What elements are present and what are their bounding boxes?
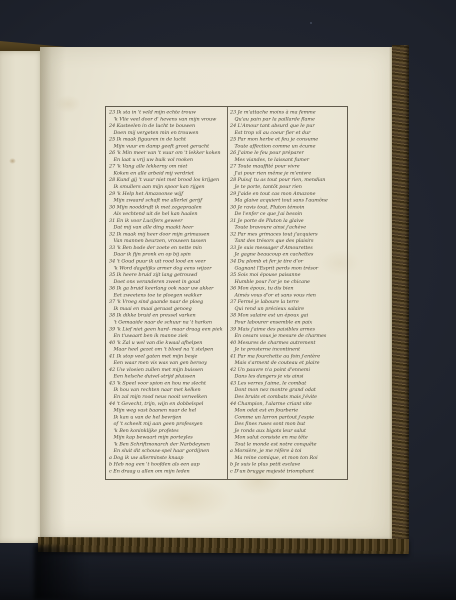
legend-line: Mijn zwaard schaft me allerlei gerijf: [109, 197, 226, 204]
legend-line: 23 Ik sta in 't veld mijn echte trouw: [109, 109, 226, 116]
legend-line: b Je suis le plus petit esclave: [230, 461, 347, 468]
legend-line: Ik hou van rechten naar met kelken: [109, 387, 226, 394]
legend-line: Mijn kap bewaart mijn porteyles: [109, 434, 226, 441]
legend-line: Daar ik fijn pronk en op bij spin: [109, 251, 226, 258]
legend-line: Toute affection comme un écume: [230, 143, 347, 150]
legend-column-left-text: 23 Ik sta in 't veld mijn echte trouw'k …: [109, 109, 226, 475]
legend-line: 36 Mon époux, tu dis bien: [230, 285, 347, 292]
legend-line: Gagnant l'Esprit perds mon trésor: [230, 265, 347, 272]
legend-line: Pour labourer ensemble en paix: [230, 319, 347, 326]
photo: 23 Ik sta in 't veld mijn echte trouw'k …: [0, 0, 456, 600]
legend-line: 'k Word dagelijks armer dog eens wijzer: [109, 265, 226, 272]
legend-line: Tant des trésors que des plaisirs: [230, 238, 347, 245]
legend-line: Ma reine comique, et mon ton Roi: [230, 454, 347, 461]
legend-line: Mon salut consiste en ma tête: [230, 434, 347, 441]
legend-line: Mijn weg vast baanen naar de hel: [109, 407, 226, 414]
legend-line: Je te prosterne incontinent: [230, 346, 347, 353]
legend-line: Maar heel gezet om 't bloed na 't stelpe…: [109, 346, 226, 353]
legend-plate: 23 Ik sta in 't veld mijn echte trouw'k …: [105, 106, 348, 480]
legend-line: a Morsière, je me réfère à toi: [230, 448, 347, 455]
legend-line: Ik maai en maai geraast genoeg: [109, 305, 226, 312]
legend-line: 39 'k Lief niet geen hard- maar draag ee…: [109, 326, 226, 333]
legend-line: Een waar men vis was van gen berooy: [109, 360, 226, 367]
legend-line: 33 'k Ben bode der zoete en nette min: [109, 244, 226, 251]
legend-line: 24 Kasteelen in de lucht te bouwen: [109, 123, 226, 130]
legend-line: 37 'k Vroeg sind gaande naar de ploeg: [109, 299, 226, 306]
legend-line: En t'uwaart ben ik manne ziek: [109, 333, 226, 340]
book-left-page-stack: [0, 51, 44, 543]
legend-line: Mon odat est en fourberie: [230, 407, 347, 414]
legend-line: 34 Du plomb et fer je tire d'or: [230, 258, 347, 265]
legend-line: 26 J'aime le feu pour préparer: [230, 150, 347, 157]
legend-line: 42 Un pauvre n'a point d'ennemi: [230, 366, 347, 373]
legend-line: Als vechtend uit de hel kan haalen: [109, 211, 226, 218]
legend-line: En sluit dit schouw-spel haar gordijnen: [109, 448, 226, 455]
legend-line: 43 Les verres j'aime, le combat: [230, 380, 347, 387]
column-divider: [227, 107, 228, 479]
cloth-fold-shade: [0, 548, 456, 600]
legend-line: 40 Mesures de charmes autrement: [230, 339, 347, 346]
legend-line: c En draag u allen om mijn leden: [109, 468, 226, 475]
legend-line: Eet zweetens toe te ploegen wakker: [109, 292, 226, 299]
legend-line: Des fines ruses sont mon but: [230, 421, 347, 428]
legend-line: 31 Je porte de Pluton la glaive: [230, 217, 347, 224]
legend-line: De l'enfer ce que j'ai besoin: [230, 211, 347, 218]
legend-line: En cesars vous je mesure de charmes: [230, 333, 347, 340]
legend-line: Ik kan u van de hel bevrijen: [109, 414, 226, 421]
legend-line: Je ronds aux bigots leur salut: [230, 427, 347, 434]
legend-line: 24 L'Amour tant absurd que le pur: [230, 123, 347, 130]
legend-line: 30 Je ravis tout, Pluton témoin: [230, 204, 347, 211]
legend-line: 'k Vlie veel door d' hevens van mijn vro…: [109, 116, 226, 123]
legend-line: 33 Je suis messager d'Amourettes: [230, 244, 347, 251]
legend-line: Comme un larron partout j'espie: [230, 414, 347, 421]
legend-line: 34 't Goud puur ik uit rood lood en veer: [109, 258, 226, 265]
legend-column-right-text: 23 Je m'attache moins à ma femmeQu'au pa…: [230, 109, 347, 475]
legend-line: Ma glaive acquiert tout sans l'aumône: [230, 197, 347, 204]
legend-line: Doet ons veranderen zweet in goud: [109, 278, 226, 285]
legend-line: 43 'k Speel voor spion en hou me slecht: [109, 380, 226, 387]
legend-line: Doen mij vergeten min en trouwen: [109, 129, 226, 136]
legend-line: Aimés vous d'or et sans vous rien: [230, 292, 347, 299]
legend-line: Est trop vil au coeur fier et dur: [230, 129, 347, 136]
legend-line: 29 J'aide en tout cas mon Amazone: [230, 190, 347, 197]
legend-line: b Heb nog een 't hoofden als een aap: [109, 461, 226, 468]
gutter-shadow: [40, 47, 66, 541]
legend-line: 26 'k Min meer van 't vuur om 't lekker …: [109, 150, 226, 157]
legend-line: 28 Kund gij 't vuur niet met brood los k…: [109, 177, 226, 184]
legend-line: Toute bravoure ainsi j'achève: [230, 224, 347, 231]
legend-line: c D'un brugge majesté triomphant: [230, 468, 347, 475]
legend-line: 31 En ik voor Lucifers geweer: [109, 217, 226, 224]
legend-line: En laat u vrij uw buik vol rooken: [109, 156, 226, 163]
legend-line: Je gagne beaucoup en cachettes: [230, 251, 347, 258]
legend-line: a Dog ik uw allerminste knaap: [109, 454, 226, 461]
legend-line: 25 Ik maak figuuren in de lucht: [109, 136, 226, 143]
legend-line: 41 Par ma fourchette au foin j'entère: [230, 353, 347, 360]
legend-line: Je te porte, tantôt pour rien: [230, 184, 347, 191]
legend-line: of 't scheelt mij aan geen professyen: [109, 421, 226, 428]
legend-line: 35 Sois moi épouse paisanne: [230, 272, 347, 279]
legend-line: 44 Champion, l'alarme criant vite: [230, 400, 347, 407]
legend-line: 27 Toute mauffité pour vivre: [230, 163, 347, 170]
legend-line: 25 Par mon herbe et feu je consume: [230, 136, 347, 143]
legend-line: 27 'k Vang alle lekkerny om niet: [109, 163, 226, 170]
legend-line: Koken en alle arbeid mij verdriet: [109, 170, 226, 177]
legend-line: 23 Je m'attache moins à ma femme: [230, 109, 347, 116]
legend-line: 35 Ik heere bruid zijt lang getrouwd: [109, 272, 226, 279]
legend-line: 41 Ik stop veel gaten met mijn besje: [109, 353, 226, 360]
legend-line: Van mannen beurzen, vrouwen tassen: [109, 238, 226, 245]
legend-line: Dans les dangers je vis ainsi: [230, 373, 347, 380]
legend-line: 29 'k Help het Amazoonse wijf: [109, 190, 226, 197]
legend-line: 'k Ben koninklijke profetes: [109, 427, 226, 434]
legend-line: 37 Fermé je laboure la terre: [230, 299, 347, 306]
legend-line: 30 Mijn nooddruft ik met zegepraalen: [109, 204, 226, 211]
legend-line: 38 Ik dikke bruid en pressel varken: [109, 312, 226, 319]
legend-line: 32 Par mes grimaces tout j'acquiers: [230, 231, 347, 238]
legend-line: Een helsche duivel-strijd pluissen: [109, 373, 226, 380]
legend-column-right: 23 Je m'attache moins à ma femmeQu'au pa…: [230, 109, 347, 477]
legend-line: 32 Ik maak mij heer door mijn grimassen: [109, 231, 226, 238]
legend-line: 40 'k Zal u wel van die kwaal afhelpen: [109, 339, 226, 346]
legend-line: 't Gemaaide naar de schuur na 't harken: [109, 319, 226, 326]
legend-line: Mais s'arment de couteau et plaire: [230, 360, 347, 367]
legend-line: 39 Mais j'aime des paisibles armes: [230, 326, 347, 333]
legend-line: Dont mon nez montre grand odat: [230, 387, 347, 394]
legend-line: Qui rend un précieux salaire: [230, 305, 347, 312]
legend-line: Humble pour l'or je ne chicane: [230, 278, 347, 285]
legend-line: 28 Puisq' tu as tout pour rien, mendian: [230, 177, 347, 184]
legend-line: 38 Mon salaire est un époux gai: [230, 312, 347, 319]
legend-line: Des bruits et combats mais j'évite: [230, 393, 347, 400]
legend-line: Tout le monde est notre conquête: [230, 441, 347, 448]
legend-line: En zal mijn rood neus nooit verwelken: [109, 393, 226, 400]
legend-line: 44 't Gevecht, trijn, wijn en dobbelspel: [109, 400, 226, 407]
legend-line: 36 Ik ga bruid keerlang ook naar uw akke…: [109, 285, 226, 292]
legend-line: 'k Ben Schriftmonarch der Narbdeynen: [109, 441, 226, 448]
legend-line: Qu'au pain par la paillarde flame: [230, 116, 347, 123]
book-board-right: [392, 45, 409, 550]
legend-line: Ik smullers aan mijn spoor kan rijgen: [109, 184, 226, 191]
dust-speck: [310, 22, 312, 24]
legend-column-left: 23 Ik sta in 't veld mijn echte trouw'k …: [109, 109, 226, 477]
legend-line: J'ai pour rien même je m'enivre: [230, 170, 347, 177]
legend-line: Mijn vuur en damp geeft groot gerucht: [109, 143, 226, 150]
legend-line: 42 Uw vloeien zullen met mijn buissen: [109, 366, 226, 373]
legend-line: Mes viandes, te laissant fumer: [230, 156, 347, 163]
legend-line: Dat mij van alle ding maakt heer: [109, 224, 226, 231]
